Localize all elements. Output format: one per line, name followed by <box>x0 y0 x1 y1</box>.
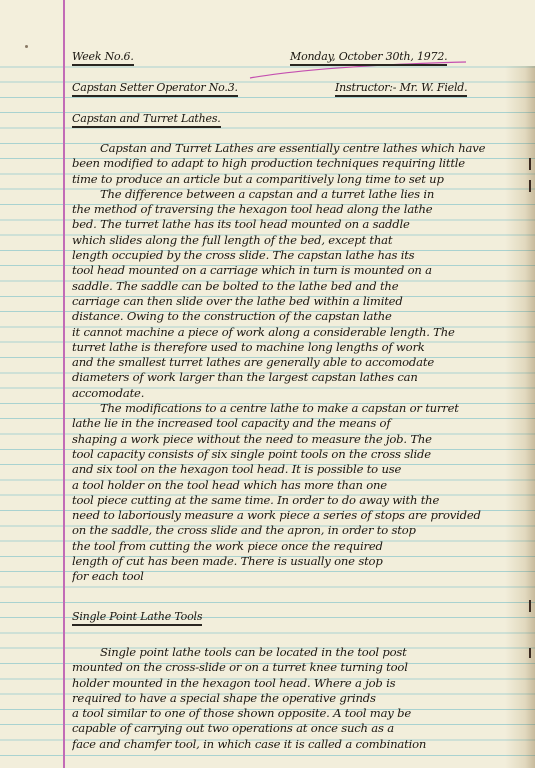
text-line: a tool similar to one of those shown opp… <box>72 706 532 721</box>
week-number: Week No.6. <box>72 50 134 66</box>
text-line: carriage can then slide over the lathe b… <box>72 294 532 309</box>
text-line: turret lathe is therefore used to machin… <box>72 340 532 355</box>
text-line: capable of carrying out two operations a… <box>72 721 532 736</box>
text-line: face and chamfer tool, in which case it … <box>72 737 532 752</box>
text-line: The modifications to a centre lathe to m… <box>72 401 532 416</box>
text-line: the tool from cutting the work piece onc… <box>72 539 532 554</box>
text-line: tool piece cutting at the same time. In … <box>72 493 532 508</box>
text-line: length of cut has been made. There is us… <box>72 554 532 569</box>
ink-smudge <box>25 45 28 48</box>
section-body-capstan: Capstan and Turret Lathes are essentiall… <box>72 141 532 585</box>
margin-line <box>63 0 65 768</box>
notebook-page: Week No.6. Monday, October 30th, 1972. C… <box>0 0 535 768</box>
text-line: the method of traversing the hexagon too… <box>72 202 532 217</box>
page-edge-mark <box>529 180 531 192</box>
text-line: accomodate. <box>72 386 532 401</box>
text-line: holder mounted in the hexagon tool head.… <box>72 676 532 691</box>
text-line: The difference between a capstan and a t… <box>72 187 532 202</box>
text-line: tool capacity consists of six single poi… <box>72 447 532 462</box>
text-line: bed. The turret lathe has its tool head … <box>72 217 532 232</box>
text-line: shaping a work piece without the need to… <box>72 432 532 447</box>
text-line: length occupied by the cross slide. The … <box>72 248 532 263</box>
text-line: which slides along the full length of th… <box>72 233 532 248</box>
page-edge-mark <box>529 648 531 658</box>
entry-date: Monday, October 30th, 1972. <box>290 50 447 66</box>
text-line: for each tool <box>72 569 532 584</box>
text-line: need to laboriously measure a work piece… <box>72 508 532 523</box>
text-line: distance. Owing to the construction of t… <box>72 309 532 324</box>
text-line: diameters of work larger than the larges… <box>72 370 532 385</box>
text-line: been modified to adapt to high productio… <box>72 156 532 171</box>
text-line: and six tool on the hexagon tool head. I… <box>72 462 532 477</box>
section-heading-capstan: Capstan and Turret Lathes. <box>72 112 221 128</box>
text-line: on the saddle, the cross slide and the a… <box>72 523 532 538</box>
text-line: saddle. The saddle can be bolted to the … <box>72 279 532 294</box>
text-line: time to produce an article but a compari… <box>72 172 532 187</box>
text-line: tool head mounted on a carriage which in… <box>72 263 532 278</box>
text-line: it cannot machine a piece of work along … <box>72 325 532 340</box>
text-line: a tool holder on the tool head which has… <box>72 478 532 493</box>
text-line: Single point lathe tools can be located … <box>72 645 532 660</box>
section-heading-single-point: Single Point Lathe Tools <box>72 610 202 626</box>
text-line: mounted on the cross-slide or on a turre… <box>72 660 532 675</box>
text-line: required to have a special shape the ope… <box>72 691 532 706</box>
text-line: and the smallest turret lathes are gener… <box>72 355 532 370</box>
course-title: Capstan Setter Operator No.3. <box>72 81 238 97</box>
page-edge-mark <box>529 600 531 612</box>
text-line: Capstan and Turret Lathes are essentiall… <box>72 141 532 156</box>
text-line: lathe lie in the increased tool capacity… <box>72 416 532 431</box>
section-body-single-point: Single point lathe tools can be located … <box>72 645 532 752</box>
page-edge-mark <box>529 158 531 170</box>
instructor-name: Instructor:- Mr. W. Field. <box>335 81 467 97</box>
